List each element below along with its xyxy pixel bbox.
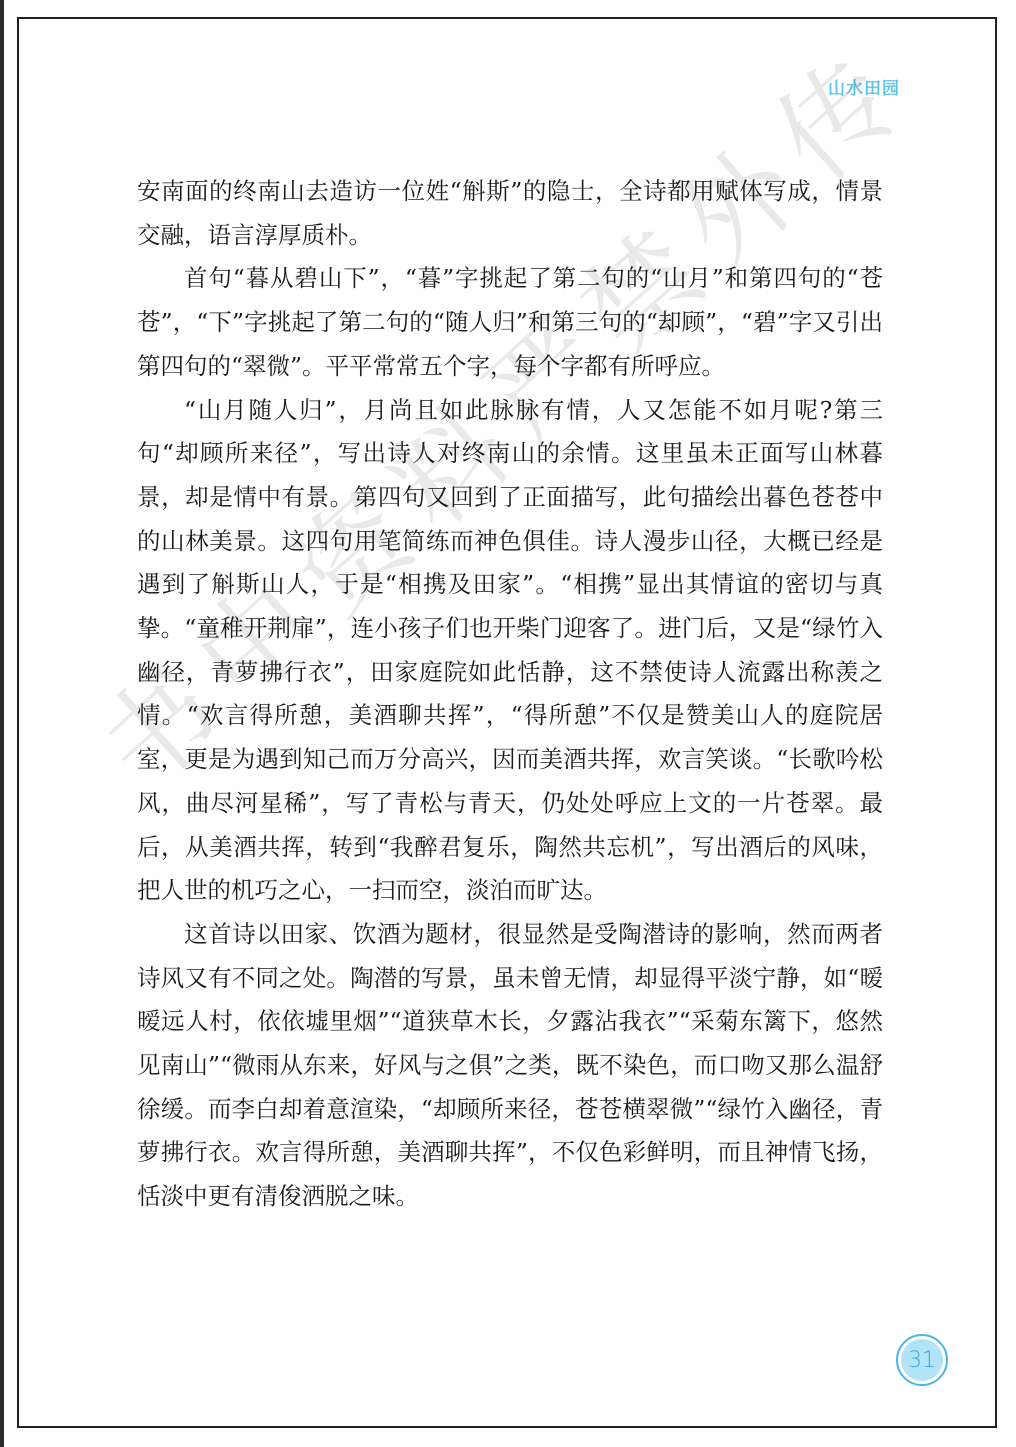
paragraph: 这首诗以田家、饮酒为题材，很显然是受陶潜诗的影响，然而两者诗风又有不同之处。陶潜… xyxy=(137,913,883,1219)
paragraph: 安南面的终南山去造访一位姓“斛斯”的隐士，全诗都用赋体写成，情景交融，语言淳厚质… xyxy=(137,170,883,257)
page-number: 31 xyxy=(901,1339,943,1381)
scan-edge xyxy=(0,0,4,1447)
paragraph: “山月随人归”，月尚且如此脉脉有情，人又怎能不如月呢?第三句“却顾所来径”，写出… xyxy=(137,389,883,913)
page-number-badge: 31 xyxy=(896,1334,948,1386)
body-text: 安南面的终南山去造访一位姓“斛斯”的隐士，全诗都用赋体写成，情景交融，语言淳厚质… xyxy=(137,170,883,1219)
paragraph: 首句“暮从碧山下”，“暮”字挑起了第二句的“山月”和第四句的“苍苍”，“下”字挑… xyxy=(137,257,883,388)
running-head-title: 山水田园 xyxy=(828,74,900,99)
